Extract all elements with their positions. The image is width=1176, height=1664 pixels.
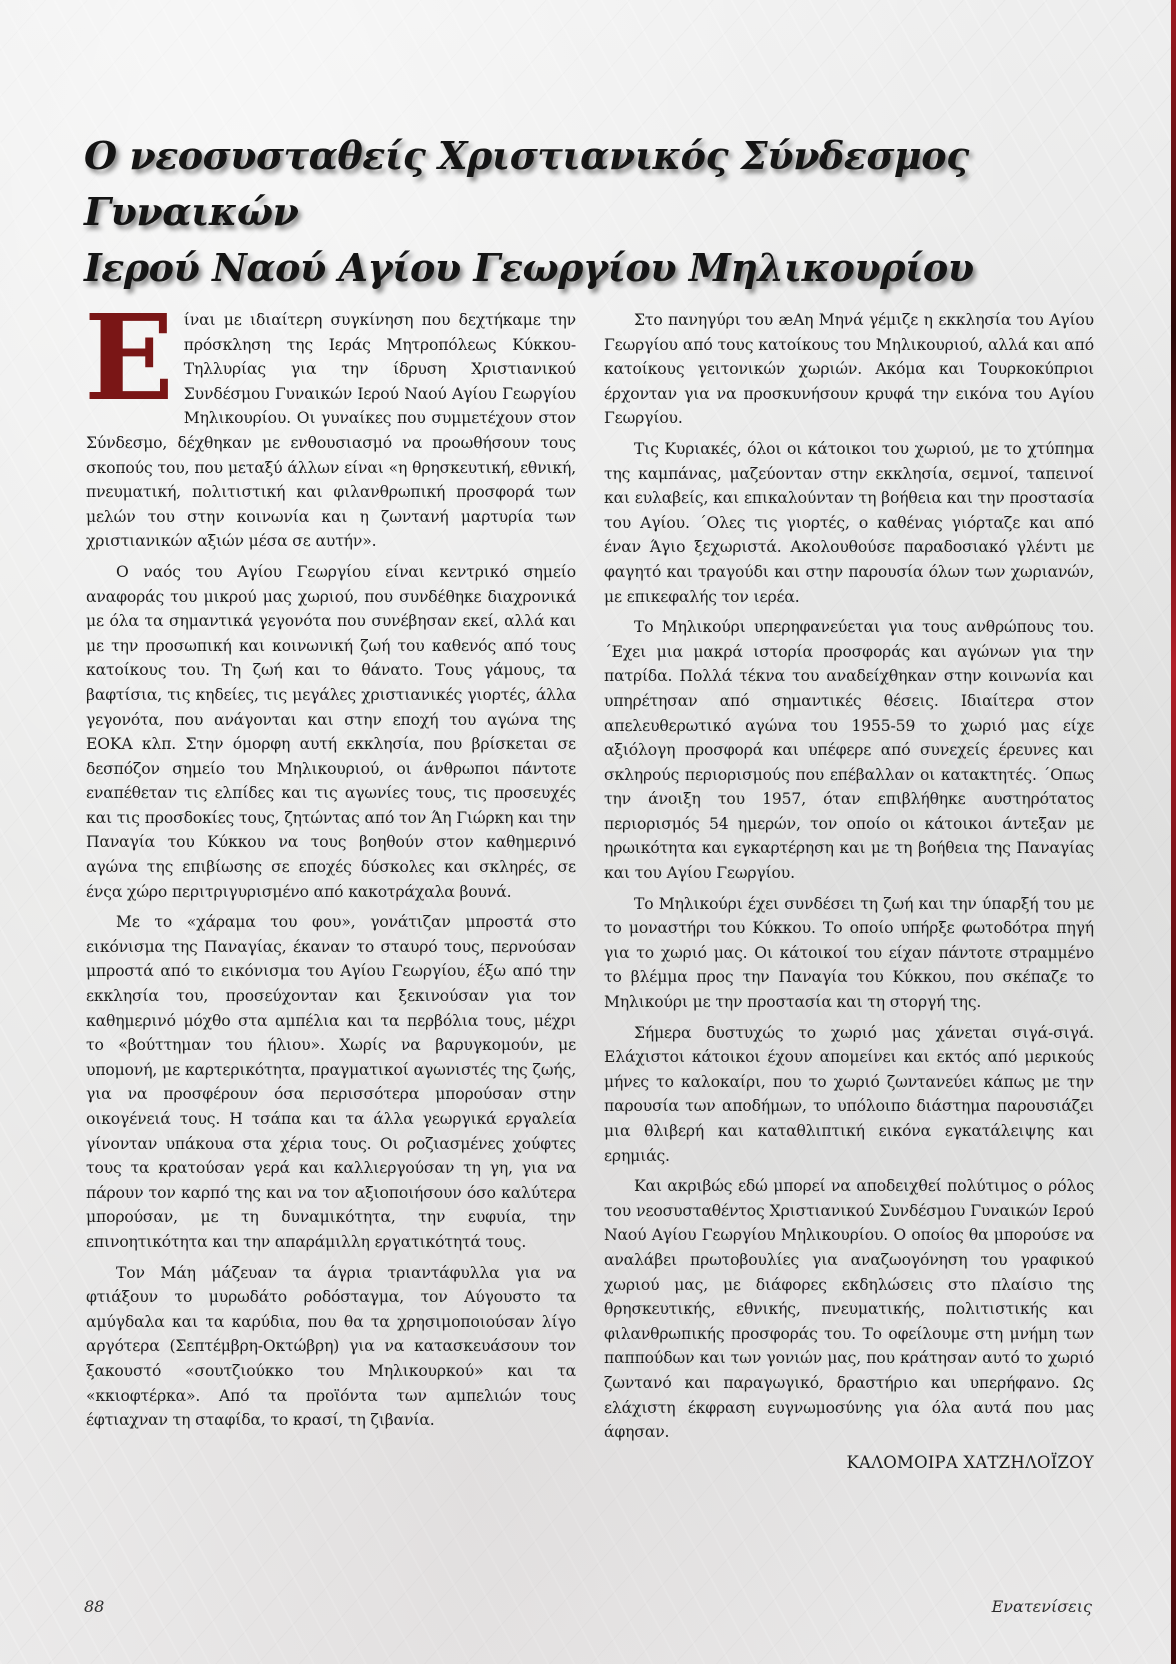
drop-cap: Ε xyxy=(84,310,174,408)
page-edge-red-strip xyxy=(1171,0,1176,1664)
paragraph: Και ακριβώς εδώ μπορεί να αποδειχθεί πολ… xyxy=(604,1174,1094,1445)
paragraph: Το Μηλικούρι έχει συνδέσει τη ζωή και τη… xyxy=(604,892,1094,1015)
title-line-1: Ο νεοσυσταθείς Χριστιανικός Σύνδεσμος Γυ… xyxy=(84,133,969,234)
left-column: Είναι με ιδιαίτερη συγκίνηση που δεχτήκα… xyxy=(86,308,576,1439)
paragraph: Στο πανηγύρι του æΑη Μηνά γέμιζε η εκκλη… xyxy=(604,308,1094,431)
page-number: 88 xyxy=(84,1597,104,1616)
title-line-2: Ιερού Ναού Αγίου Γεωργίου Μηλικουρίου xyxy=(84,245,974,290)
author-signature: ΚΑΛΟΜΟΙΡΑ ΧΑΤΖΗΛΟΪΖΟΥ xyxy=(604,1451,1094,1476)
paragraph: Τις Κυριακές, όλοι οι κάτοικοι του χωριο… xyxy=(604,437,1094,609)
paragraph: Τον Μάη μάζευαν τα άγρια τριαντάφυλλα γι… xyxy=(86,1261,576,1433)
paragraph: Με το «χάραμα του φου», γονάτιζαν μπροστ… xyxy=(86,910,576,1254)
right-column: Στο πανηγύρι του æΑη Μηνά γέμιζε η εκκλη… xyxy=(604,308,1094,1481)
article-title: Ο νεοσυσταθείς Χριστιανικός Σύνδεσμος Γυ… xyxy=(84,128,1124,296)
publication-name: Ενατενίσεις xyxy=(992,1597,1092,1616)
paragraph: Ο ναός του Αγίου Γεωργίου είναι κεντρικό… xyxy=(86,560,576,904)
paragraph: Είναι με ιδιαίτερη συγκίνηση που δεχτήκα… xyxy=(86,308,576,554)
paragraph: Σήμερα δυστυχώς το χωριό μας χάνεται σιγ… xyxy=(604,1021,1094,1169)
paragraph: Το Μηλικούρι υπερηφανεύεται για τους ανθ… xyxy=(604,615,1094,886)
